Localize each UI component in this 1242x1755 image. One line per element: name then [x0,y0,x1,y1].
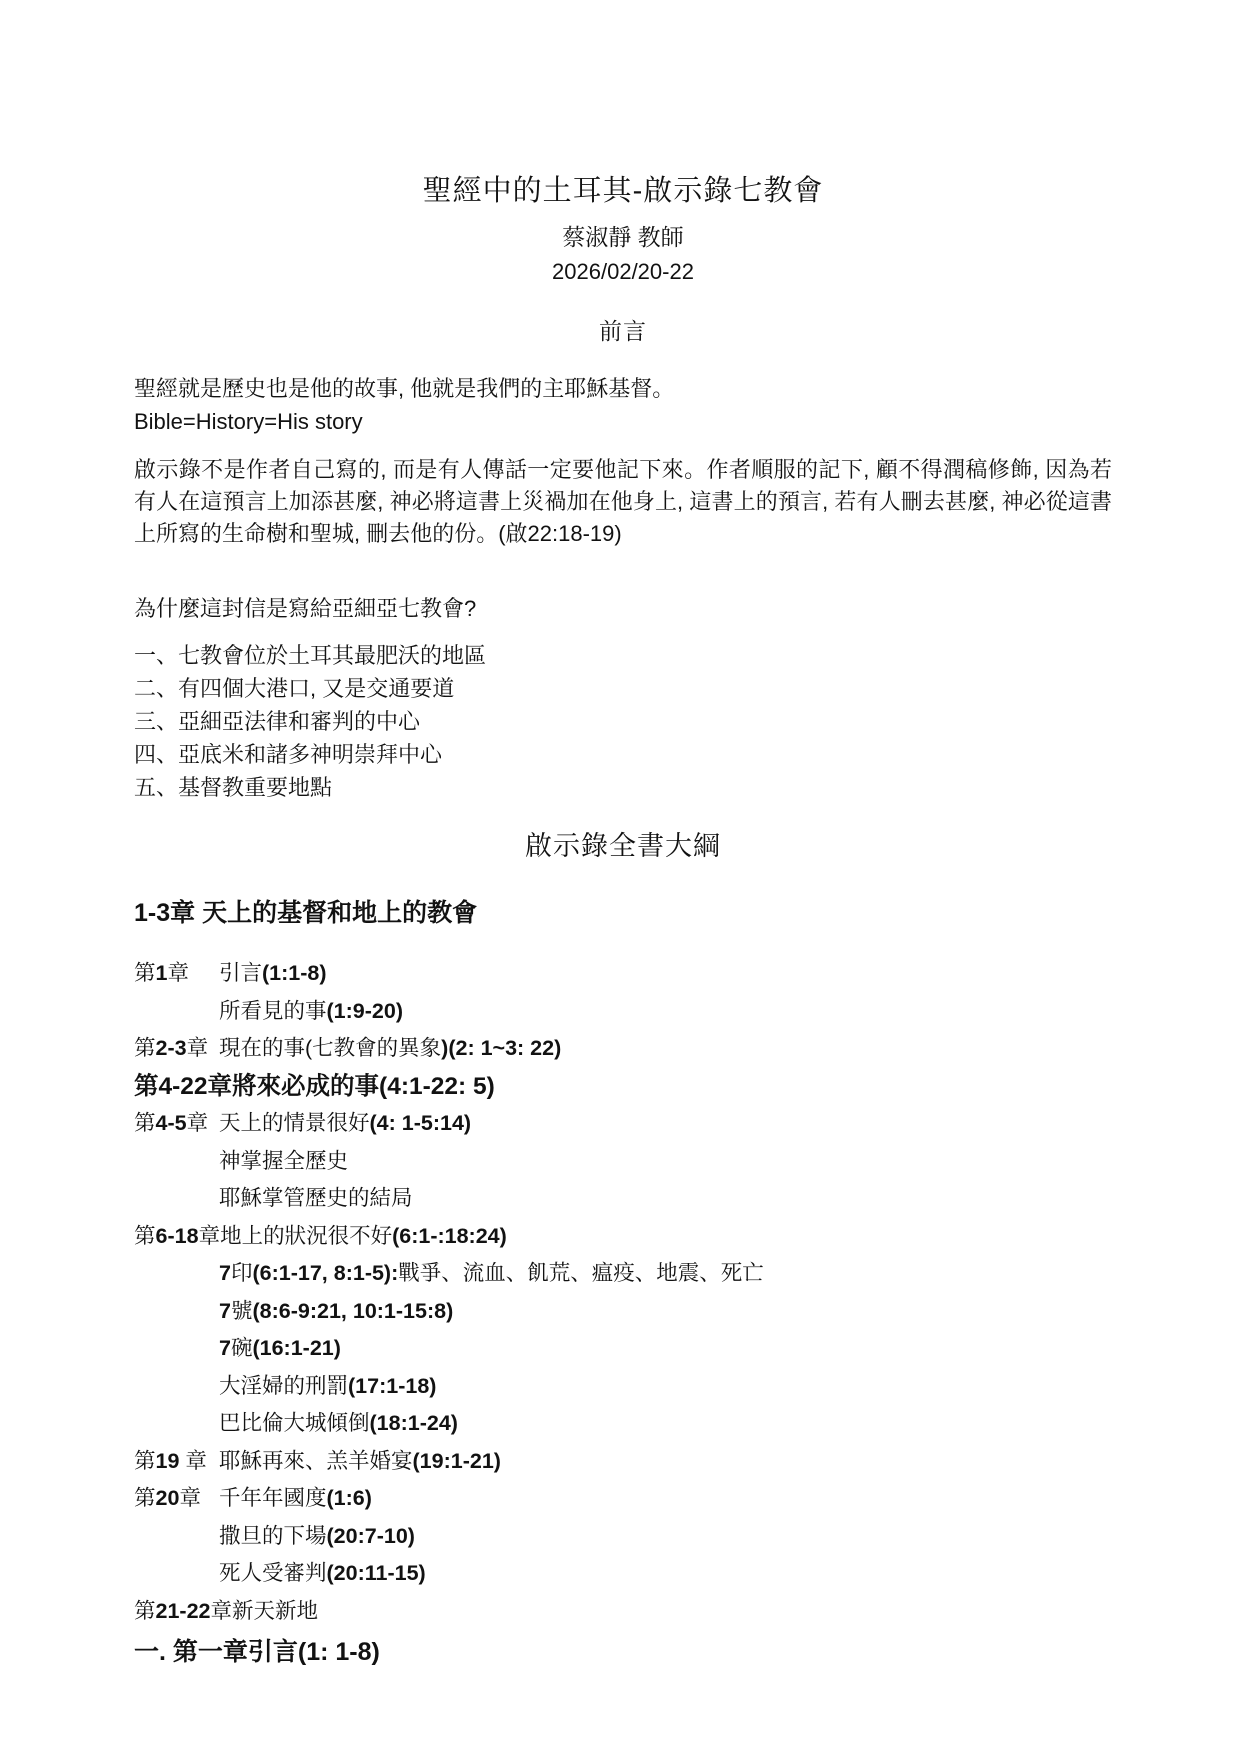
outline-item-chapter [134,993,219,1031]
preface-paragraph: 啟示錄不是作者自己寫的, 而是有人傳話一定要他記下來。作者順服的記下, 顧不得潤… [134,454,1112,550]
spacer [134,438,1112,454]
outline-item-text: 天上的情景很好(4: 1-5:14) [219,1105,1112,1143]
outline-item-text: 耶穌掌管歷史的結局 [219,1180,1112,1218]
outline-item-chapter: 第2-3章 [134,1030,219,1068]
outline-item-text: 耶穌再來、羔羊婚宴(19:1-21) [219,1443,1112,1481]
reason-item: 四、亞底米和諸多神明崇拜中心 [134,738,1112,771]
outline-item-chapter [134,1405,219,1443]
question-line: 為什麼這封信是寫給亞細亞七教會? [134,592,1112,623]
outline-item: 神掌握全歷史 [134,1143,1112,1181]
outline-item-chapter [134,1180,219,1218]
reason-item: 三、亞細亞法律和審判的中心 [134,705,1112,738]
outline-item: 第1章引言(1:1-8) [134,955,1112,993]
outline-item-text: 所看見的事(1:9-20) [219,993,1112,1031]
outline-section1-heading: 1-3章 天上的基督和地上的教會 [134,893,1112,929]
outline-item-text: 現在的事(七教會的異象)(2: 1~3: 22) [219,1030,1112,1068]
outline-item: 巴比倫大城傾倒(18:1-24) [134,1405,1112,1443]
reason-item: 五、基督教重要地點 [134,771,1112,804]
outline-item: 第6-18章地上的狀況很不好(6:1-:18:24) [134,1218,1112,1256]
outline-item-chapter: 第21-22章 [134,1593,232,1631]
outline-item: 第21-22章新天新地 [134,1593,1112,1631]
outline-item-chapter: 第20章 [134,1480,219,1518]
outline-item: 第4-22章將來必成的事(4:1-22: 5) [134,1068,1112,1106]
outline-item-chapter [134,1293,219,1331]
outline-item-text: 引言(1:1-8) [219,955,1112,993]
outline-item-chapter: 第4-5章 [134,1105,219,1143]
reasons-list: 一、七教會位於土耳其最肥沃的地區 二、有四個大港口, 又是交通要道 三、亞細亞法… [134,639,1112,804]
outline-item: 死人受審判(20:11-15) [134,1555,1112,1593]
outline-item: 第2-3章現在的事(七教會的異象)(2: 1~3: 22) [134,1030,1112,1068]
outline-item-chapter [134,1368,219,1406]
outline-item: 第19 章耶穌再來、羔羊婚宴(19:1-21) [134,1443,1112,1481]
outline-item-text: 神掌握全歷史 [219,1143,1112,1181]
outline-item-text: 7碗(16:1-21) [219,1330,1112,1368]
outline-item-chapter [134,1555,219,1593]
outline-item-text: 巴比倫大城傾倒(18:1-24) [219,1405,1112,1443]
outline-item-text: 大淫婦的刑罰(17:1-18) [219,1368,1112,1406]
outline-item-chapter: 第19 章 [134,1443,219,1481]
closing-section-heading: 一. 第一章引言(1: 1-8) [134,1632,1112,1668]
outline-item-text: 第4-22章將來必成的事(4:1-22: 5) [134,1068,1112,1106]
outline-item: 第4-5章天上的情景很好(4: 1-5:14) [134,1105,1112,1143]
page-title: 聖經中的土耳其-啟示錄七教會 [134,168,1112,209]
outline-item-text: 地上的狀況很不好(6:1-:18:24) [220,1218,1112,1256]
outline-item-chapter [134,1518,219,1556]
outline-item-chapter [134,1255,219,1293]
reason-item: 二、有四個大港口, 又是交通要道 [134,672,1112,705]
preface-statement-english: Bible=History=His story [134,405,1112,438]
outline-item: 所看見的事(1:9-20) [134,993,1112,1031]
outline-list: 第1章引言(1:1-8)所看見的事(1:9-20)第2-3章現在的事(七教會的異… [134,955,1112,1630]
reason-item: 一、七教會位於土耳其最肥沃的地區 [134,639,1112,672]
outline-item: 第20章千年年國度(1:6) [134,1480,1112,1518]
outline-item-text: 千年年國度(1:6) [219,1480,1112,1518]
outline-item-chapter: 第6-18章 [134,1218,220,1256]
outline-item-text: 死人受審判(20:11-15) [219,1555,1112,1593]
author-line: 蔡淑靜 教師 [134,219,1112,252]
spacer [134,623,1112,639]
outline-item-chapter [134,1330,219,1368]
outline-item-chapter: 第1章 [134,955,219,993]
outline-item-text: 撒旦的下場(20:7-10) [219,1518,1112,1556]
outline-item-text: 新天新地 [232,1593,1112,1631]
outline-heading: 啟示錄全書大綱 [134,824,1112,863]
outline-item-text: 7號(8:6-9:21, 10:1-15:8) [219,1293,1112,1331]
outline-item: 7號(8:6-9:21, 10:1-15:8) [134,1293,1112,1331]
outline-item-chapter [134,1143,219,1181]
outline-item: 耶穌掌管歷史的結局 [134,1180,1112,1218]
outline-item: 7印(6:1-17, 8:1-5):戰爭、流血、飢荒、瘟疫、地震、死亡 [134,1255,1112,1293]
document-page: 聖經中的土耳其-啟示錄七教會 蔡淑靜 教師 2026/02/20-22 前言 聖… [0,0,1242,1755]
outline-item-text: 7印(6:1-17, 8:1-5):戰爭、流血、飢荒、瘟疫、地震、死亡 [219,1255,1112,1293]
outline-item: 7碗(16:1-21) [134,1330,1112,1368]
outline-item: 大淫婦的刑罰(17:1-18) [134,1368,1112,1406]
preface-heading: 前言 [134,313,1112,346]
outline-item: 撒旦的下場(20:7-10) [134,1518,1112,1556]
preface-statement: 聖經就是歷史也是他的故事, 他就是我們的主耶穌基督。 [134,372,1112,405]
date-line: 2026/02/20-22 [134,259,1112,285]
spacer [134,550,1112,592]
